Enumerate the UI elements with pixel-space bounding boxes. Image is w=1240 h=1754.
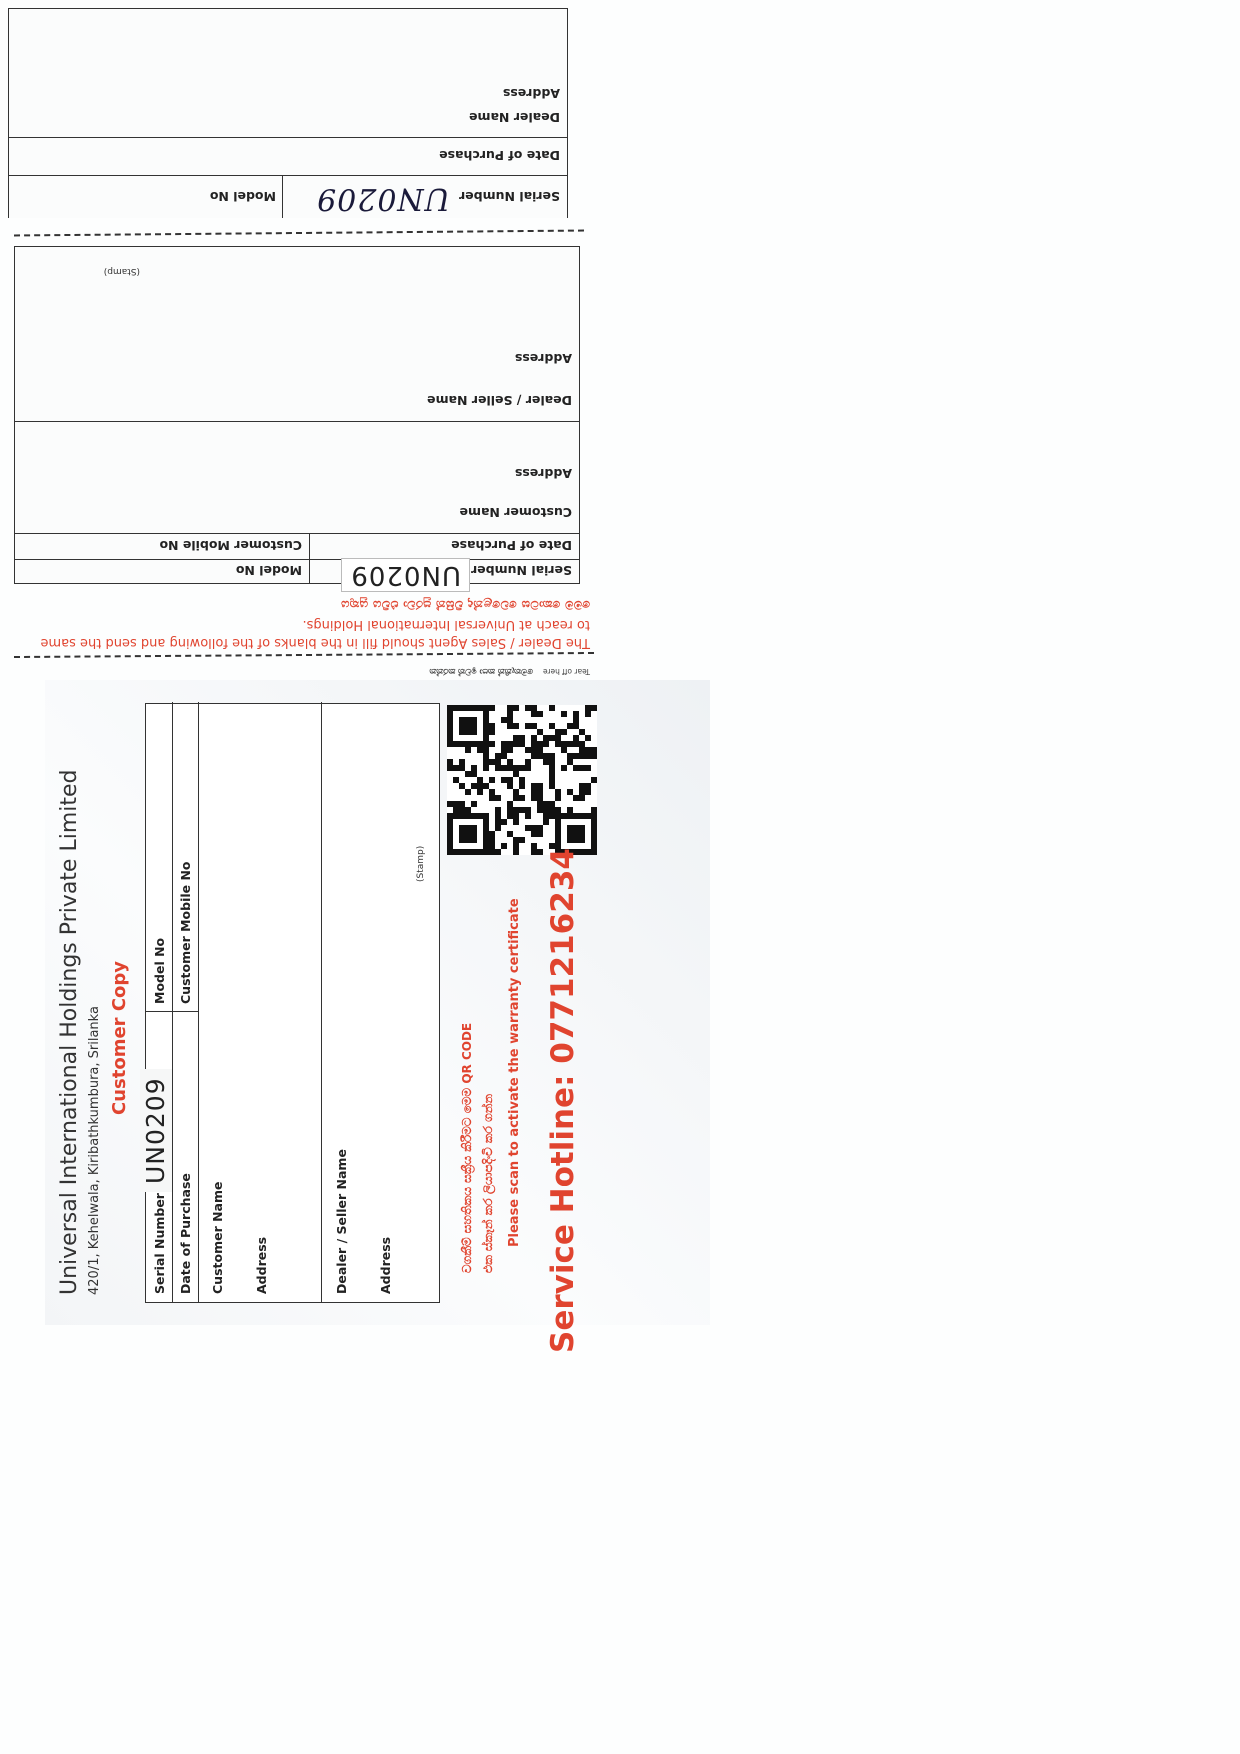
serial-number-label: Serial Number [471, 563, 572, 578]
customer-mobile-label: Customer Mobile No [178, 861, 193, 1004]
divider [14, 533, 580, 534]
divider [309, 534, 310, 584]
model-no-label: Model No [210, 189, 276, 204]
serial-number-label: Serial Number [459, 189, 560, 204]
scan-sinhala-line-2: එක ස්කෑන් කර ලියාපදිංචි කර ගන්න [481, 1094, 496, 1273]
dealer-address-label: Address [503, 86, 560, 101]
middle-dealer-slip: Serial Number UN0209 Model No Date of Pu… [14, 246, 580, 584]
customer-address-label: Address [254, 1237, 269, 1294]
company-name: Universal International Holdings Private… [57, 770, 82, 1296]
date-of-purchase-label: Date of Purchase [439, 148, 560, 163]
model-no-label: Model No [236, 563, 302, 578]
divider [172, 1012, 173, 1302]
dealer-instructions: The Dealer / Sales Agent should fill in … [30, 594, 590, 650]
service-hotline: Service Hotline: 0771216234 [545, 848, 581, 1353]
divider [8, 175, 568, 176]
customer-copy-title: Customer Copy [109, 961, 130, 1115]
model-no-label: Model No [152, 938, 167, 1004]
customer-copy-card: Universal International Holdings Private… [45, 680, 710, 1325]
instruction-english-line-2: to reach at Universal International Hold… [302, 617, 590, 632]
tear-off-sinhala: මෙතැනින් කපා ඉවත් කරන්න [429, 666, 532, 676]
divider [321, 702, 322, 1302]
stamp-label: (Stamp) [416, 846, 426, 882]
tear-line [14, 652, 594, 658]
customer-mobile-label: Customer Mobile No [159, 538, 302, 553]
instruction-english-line-1: The Dealer / Sales Agent should fill in … [41, 635, 591, 650]
dealer-address-label: Address [378, 1237, 393, 1294]
serial-number-handwritten: UN0209 [316, 181, 450, 216]
tear-off-label-right: Tear off hereමෙතැනින් කපා ඉවත් කරන්න [360, 662, 590, 676]
customer-address-label: Address [515, 466, 572, 481]
divider [172, 702, 173, 1012]
divider [14, 421, 580, 422]
date-of-purchase-label: Date of Purchase [178, 1173, 193, 1294]
serial-number-label: Serial Number [152, 1193, 167, 1294]
dealer-seller-name-label: Dealer / Seller Name [334, 1149, 349, 1294]
divider [146, 1011, 198, 1012]
divider [282, 176, 283, 218]
serial-number-sticker: UN0209 [341, 558, 470, 592]
scan-sinhala-line-1: වගකීම් සහතිකය සක්‍රීය කිරීමට මෙම QR CODE [460, 1023, 475, 1273]
divider [198, 702, 199, 1302]
tear-off-english: Tear off here [543, 667, 590, 676]
dealer-name-label: Dealer Name [469, 110, 560, 125]
tear-line [14, 230, 584, 237]
stamp-label: (Stamp) [104, 266, 140, 276]
serial-number-sticker: UN0209 [140, 1069, 172, 1192]
qr-code-icon[interactable] [447, 705, 597, 855]
customer-name-label: Customer Name [460, 505, 573, 520]
instruction-sinhala-line: මෙම කොටස වෙළෙන්දා විසින් පුරවා එවිය යුතු… [341, 597, 590, 612]
divider [14, 559, 580, 560]
date-of-purchase-label: Date of Purchase [451, 538, 572, 553]
divider [8, 137, 568, 138]
top-dealer-slip: Serial Number UN0209 Model No Date of Pu… [8, 8, 568, 218]
dealer-address-label: Address [515, 351, 572, 366]
dealer-seller-name-label: Dealer / Seller Name [427, 393, 572, 408]
company-address: 420/1, Kehelwala, Kiribathkumbura, Srila… [87, 1006, 102, 1295]
scan-instruction: Please scan to activate the warranty cer… [507, 898, 522, 1247]
customer-name-label: Customer Name [210, 1182, 225, 1295]
customer-copy-table: Serial Number UN0209 Model No Date of Pu… [145, 703, 440, 1303]
